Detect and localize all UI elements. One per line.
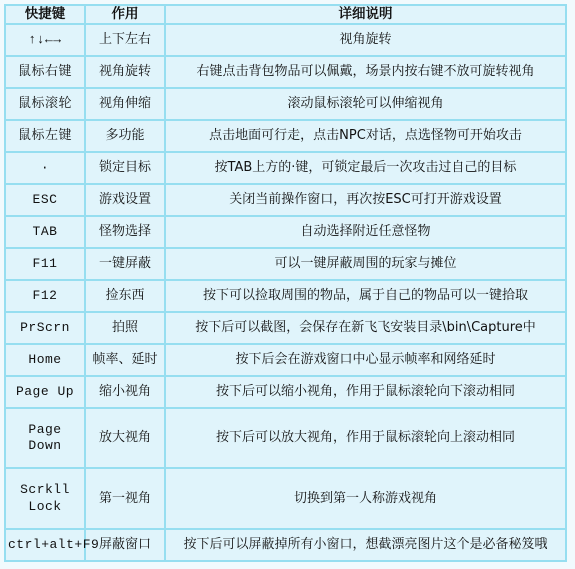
table-row: ·锁定目标按TAB上方的·键，可锁定最后一次攻击过自己的目标 <box>5 152 566 184</box>
action-cell: 视角伸缩 <box>85 88 165 120</box>
action-cell: 多功能 <box>85 120 165 152</box>
key-cell: · <box>5 152 85 184</box>
description-cell: 右键点击背包物品可以佩戴，场景内按右键不放可旋转视角 <box>165 56 566 88</box>
key-cell: PrScrn <box>5 312 85 344</box>
description-cell: 按TAB上方的·键，可锁定最后一次攻击过自己的目标 <box>165 152 566 184</box>
description-cell: 自动选择附近任意怪物 <box>165 216 566 248</box>
header-description: 详细说明 <box>165 5 566 24</box>
description-cell: 可以一键屏蔽周围的玩家与摊位 <box>165 248 566 280</box>
key-cell: 鼠标滚轮 <box>5 88 85 120</box>
description-cell: 关闭当前操作窗口，再次按ESC可打开游戏设置 <box>165 184 566 216</box>
description-cell: 按下可以捡取周围的物品，属于自己的物品可以一键拾取 <box>165 280 566 312</box>
key-cell: Page Down <box>5 408 85 469</box>
key-cell: ctrl+alt+F9 <box>5 529 85 561</box>
key-cell: ↑↓←→ <box>5 24 85 56</box>
table-row: Page Up缩小视角按下后可以缩小视角，作用于鼠标滚轮向下滚动相同 <box>5 376 566 408</box>
action-cell: 缩小视角 <box>85 376 165 408</box>
action-cell: 游戏设置 <box>85 184 165 216</box>
key-cell: F12 <box>5 280 85 312</box>
description-cell: 点击地面可行走，点击NPC对话，点选怪物可开始攻击 <box>165 120 566 152</box>
key-cell: 鼠标左键 <box>5 120 85 152</box>
header-action: 作用 <box>85 5 165 24</box>
key-cell: F11 <box>5 248 85 280</box>
action-cell: 捡东西 <box>85 280 165 312</box>
action-cell: 第一视角 <box>85 468 165 529</box>
table-header-row: 快捷键 作用 详细说明 <box>5 5 566 24</box>
description-cell: 按下后可以屏蔽掉所有小窗口，想截漂亮图片这个是必备秘笈哦 <box>165 529 566 561</box>
shortcut-table: 快捷键 作用 详细说明 ↑↓←→上下左右视角旋转鼠标右键视角旋转右键点击背包物品… <box>4 4 567 562</box>
key-cell: Page Up <box>5 376 85 408</box>
description-cell: 按下后可以缩小视角，作用于鼠标滚轮向下滚动相同 <box>165 376 566 408</box>
action-cell: 放大视角 <box>85 408 165 469</box>
shortcut-help-page: 快捷键 作用 详细说明 ↑↓←→上下左右视角旋转鼠标右键视角旋转右键点击背包物品… <box>0 0 575 569</box>
description-cell: 按下后可以截图，会保存在新飞飞安装目录\bin\Capture中 <box>165 312 566 344</box>
table-row: 鼠标右键视角旋转右键点击背包物品可以佩戴，场景内按右键不放可旋转视角 <box>5 56 566 88</box>
description-cell: 滚动鼠标滚轮可以伸缩视角 <box>165 88 566 120</box>
header-key: 快捷键 <box>5 5 85 24</box>
description-cell: 视角旋转 <box>165 24 566 56</box>
table-row: PrScrn拍照按下后可以截图，会保存在新飞飞安装目录\bin\Capture中 <box>5 312 566 344</box>
key-cell: 鼠标右键 <box>5 56 85 88</box>
action-cell: 怪物选择 <box>85 216 165 248</box>
key-cell: Scrkll Lock <box>5 468 85 529</box>
key-cell: ESC <box>5 184 85 216</box>
table-row: Home帧率、延时按下后会在游戏窗口中心显示帧率和网络延时 <box>5 344 566 376</box>
table-row: 鼠标左键多功能点击地面可行走，点击NPC对话，点选怪物可开始攻击 <box>5 120 566 152</box>
table-row: 鼠标滚轮视角伸缩滚动鼠标滚轮可以伸缩视角 <box>5 88 566 120</box>
action-cell: 上下左右 <box>85 24 165 56</box>
description-cell: 按下后可以放大视角，作用于鼠标滚轮向上滚动相同 <box>165 408 566 469</box>
key-cell: Home <box>5 344 85 376</box>
action-cell: 拍照 <box>85 312 165 344</box>
description-cell: 按下后会在游戏窗口中心显示帧率和网络延时 <box>165 344 566 376</box>
table-row: ↑↓←→上下左右视角旋转 <box>5 24 566 56</box>
table-row: TAB怪物选择自动选择附近任意怪物 <box>5 216 566 248</box>
table-row: Page Down放大视角按下后可以放大视角，作用于鼠标滚轮向上滚动相同 <box>5 408 566 469</box>
action-cell: 锁定目标 <box>85 152 165 184</box>
table-row: ESC游戏设置关闭当前操作窗口，再次按ESC可打开游戏设置 <box>5 184 566 216</box>
action-cell: 一键屏蔽 <box>85 248 165 280</box>
action-cell: 帧率、延时 <box>85 344 165 376</box>
description-cell: 切换到第一人称游戏视角 <box>165 468 566 529</box>
shortcut-table-body: ↑↓←→上下左右视角旋转鼠标右键视角旋转右键点击背包物品可以佩戴，场景内按右键不… <box>5 24 566 561</box>
table-row: F12捡东西按下可以捡取周围的物品，属于自己的物品可以一键拾取 <box>5 280 566 312</box>
action-cell: 视角旋转 <box>85 56 165 88</box>
table-row: F11一键屏蔽可以一键屏蔽周围的玩家与摊位 <box>5 248 566 280</box>
key-cell: TAB <box>5 216 85 248</box>
table-row: ctrl+alt+F9屏蔽窗口按下后可以屏蔽掉所有小窗口，想截漂亮图片这个是必备… <box>5 529 566 561</box>
table-row: Scrkll Lock第一视角切换到第一人称游戏视角 <box>5 468 566 529</box>
